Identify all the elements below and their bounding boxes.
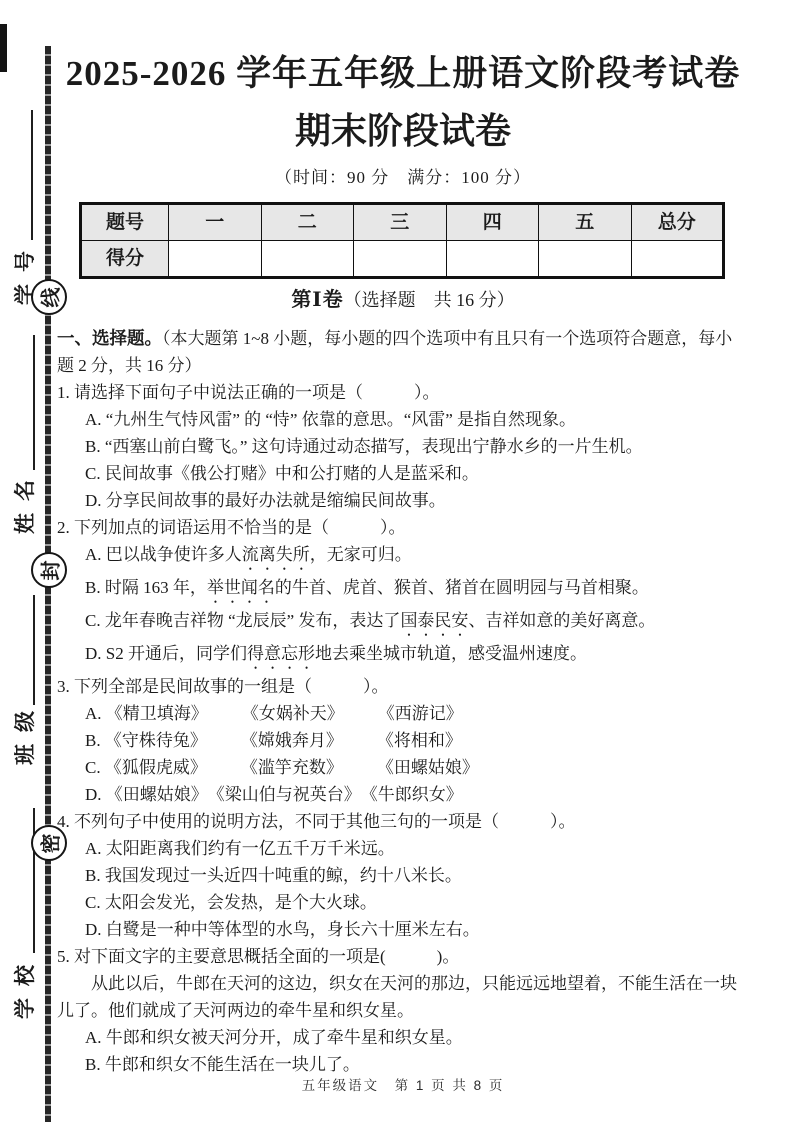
score-cell (261, 241, 354, 278)
questions: 1. 请选择下面句子中说法正确的一项是（ ）。A. “九州生气恃风雷” 的 “恃… (57, 379, 749, 1078)
question-block: 4. 不列句子中使用的说明方法，不同于其他三句的一项是（ ）。A. 太阳距离我们… (57, 808, 749, 943)
question-stem: 1. 请选择下面句子中说法正确的一项是（ ）。 (57, 379, 749, 406)
seal-char-feng: 封 (31, 552, 67, 588)
emphasized-phrase: 举世闻名 (207, 578, 275, 597)
question-block: 2. 下列加点的词语运用不恰当的是（ ）。A. 巴以战争使许多人流离失所，无家可… (57, 514, 749, 673)
option-line: B. 我国发现过一头近四十吨重的鲸，约十八米长。 (57, 862, 749, 889)
score-table-column-header: 五 (539, 204, 632, 241)
score-cell (539, 241, 632, 278)
question-stem: 5. 对下面文字的主要意思概括全面的一项是( )。 (57, 943, 749, 970)
question-block: 5. 对下面文字的主要意思概括全面的一项是( )。从此以后，牛郎在天河的这边，织… (57, 943, 749, 1078)
name-blank-line (33, 335, 35, 470)
question-block: 1. 请选择下面句子中说法正确的一项是（ ）。A. “九州生气恃风雷” 的 “恃… (57, 379, 749, 514)
section-one-label: 一、选择题。 (57, 328, 162, 348)
scan-edge-artifact (0, 24, 7, 72)
school-blank-line (33, 808, 35, 953)
option-line: A. “九州生气恃风雷” 的 “恃” 依靠的意思。“风雷” 是指自然现象。 (57, 406, 749, 433)
option-line: C. 民间故事《俄公打赌》中和公打赌的人是蓝采和。 (57, 460, 749, 487)
exam-page: 学号 姓名 班级 学校 线 封 密 2025-2026 学年五年级上册语文阶段考… (0, 0, 793, 1122)
exam-title-line1: 2025-2026 学年五年级上册语文阶段考试卷 (57, 50, 749, 98)
option-line: C. 龙年春晚吉祥物 “龙辰辰” 发布，表达了国泰民安、吉祥如意的美好离意。 (57, 607, 749, 640)
option-line: B. 时隔 163 年，举世闻名的牛首、虎首、猴首、猪首在圆明园与马首相聚。 (57, 574, 749, 607)
seal-char-mi: 密 (31, 825, 67, 861)
exam-title-line2: 期末阶段试卷 (57, 106, 749, 156)
option-line: C. 《狐假虎威》 《滥竽充数》 《田螺姑娘》 (57, 754, 749, 781)
option-line: C. 太阳会发光，会发热，是个大火球。 (57, 889, 749, 916)
option-line: A. 太阳距离我们约有一亿五千万千米远。 (57, 835, 749, 862)
score-cell (631, 241, 724, 278)
page-footer: 五年级语文 第 1 页 共 8 页 (57, 1074, 749, 1094)
option-line: A. 巴以战争使许多人流离失所，无家可归。 (57, 541, 749, 574)
score-table: 题号一二三四五总分得分 (79, 202, 725, 279)
score-cell (169, 241, 262, 278)
option-line: B. 《守株待兔》 《嫦娥奔月》 《将相和》 (57, 727, 749, 754)
school-label: 学校 (11, 954, 37, 1030)
option-line: D. S2 开通后，同学们得意忘形地去乘坐城市轨道，感受温州速度。 (57, 640, 749, 673)
emphasized-phrase: 得意忘形 (247, 644, 315, 663)
score-table-column-header: 二 (261, 204, 354, 241)
option-line: A. 牛郎和织女被天河分开，成了牵牛星和织女星。 (57, 1024, 749, 1051)
score-table-corner: 题号 (81, 204, 169, 241)
time-score-info: （时间：90 分 满分：100 分） (57, 165, 749, 191)
part1-heading: 第Ⅰ卷（选择题 共 16 分） (57, 286, 749, 314)
class-label: 班级 (11, 700, 37, 776)
question-stem: 3. 下列全部是民间故事的一组是（ ）。 (57, 673, 749, 700)
seal-char-line: 线 (31, 279, 67, 315)
option-line: D. 白鹭是一种中等体型的水鸟，身长六十厘米左右。 (57, 916, 749, 943)
score-table-column-header: 总分 (631, 204, 724, 241)
question-passage: 从此以后，牛郎在天河的这边，织女在天河的那边，只能远远地望着，不能生活在一块儿了… (57, 970, 749, 1024)
score-cell (446, 241, 539, 278)
option-line: D. 分享民间故事的最好办法就是缩编民间故事。 (57, 487, 749, 514)
part1-heading-bold: 第Ⅰ卷 (291, 289, 343, 311)
part1-heading-rest: （选择题 共 16 分） (344, 290, 515, 310)
score-table-column-header: 三 (354, 204, 447, 241)
class-blank-line (33, 595, 35, 705)
emphasized-phrase: 国泰民安 (400, 611, 468, 630)
name-label: 姓名 (11, 469, 37, 545)
question-stem: 2. 下列加点的词语运用不恰当的是（ ）。 (57, 514, 749, 541)
emphasized-phrase: 流离失所 (242, 545, 310, 564)
option-line: B. “西塞山前白鹭飞。” 这句诗通过动态描写，表现出宁静水乡的一片生机。 (57, 433, 749, 460)
score-cell (354, 241, 447, 278)
score-row-label: 得分 (81, 241, 169, 278)
option-line: D. 《田螺姑娘》 《梁山伯与祝英台》 《牛郎织女》 (57, 781, 749, 808)
question-block: 3. 下列全部是民间故事的一组是（ ）。A. 《精卫填海》 《女娲补天》 《西游… (57, 673, 749, 808)
content-area: 2025-2026 学年五年级上册语文阶段考试卷 期末阶段试卷 （时间：90 分… (57, 50, 749, 1078)
student-no-blank-line (31, 110, 33, 240)
option-line: A. 《精卫填海》 《女娲补天》 《西游记》 (57, 700, 749, 727)
score-table-column-header: 一 (169, 204, 262, 241)
section-one-heading: 一、选择题。（本大题第 1~8 小题，每小题的四个选项中有且只有一个选项符合题意… (57, 325, 749, 379)
question-stem: 4. 不列句子中使用的说明方法，不同于其他三句的一项是（ ）。 (57, 808, 749, 835)
score-table-column-header: 四 (446, 204, 539, 241)
